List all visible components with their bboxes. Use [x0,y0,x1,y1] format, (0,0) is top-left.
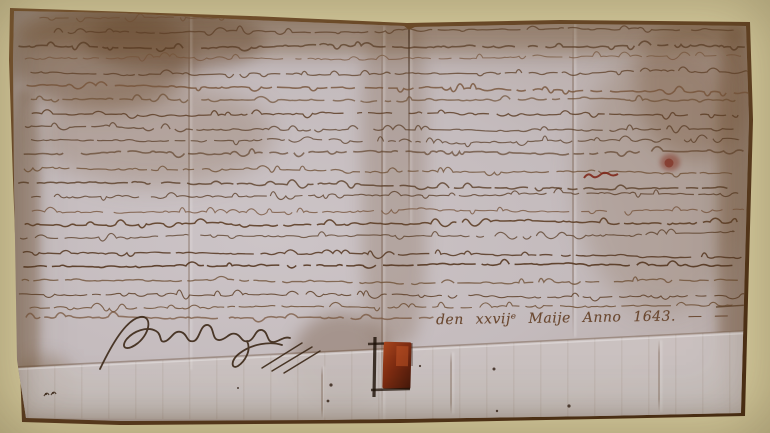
margin-marks [44,392,56,396]
handwriting-line [32,207,744,215]
handwriting-line [27,82,748,96]
handwriting-line [20,229,734,241]
handwriting-line [25,218,737,228]
signature-flourish [262,343,320,373]
wax-seal [368,337,412,397]
handwriting-line [23,250,748,259]
handwriting-lines [18,12,748,322]
handwriting-line [31,94,735,102]
handwriting-line [23,259,738,268]
ink-speck [237,387,239,389]
ink-speck [419,365,421,367]
handwriting-line [54,26,733,35]
handwriting-line [19,290,747,301]
handwriting-line [19,41,745,51]
signature [100,317,320,373]
ink-specks [45,365,571,412]
seal-slit-left [374,337,375,397]
handwriting-line [25,52,741,61]
handwriting-line [22,276,742,284]
handwriting-line [26,312,433,322]
red-ink-word [584,173,618,178]
photograph-of-manuscript: den xxvijᵉ Maije Anno 1643. — — [0,0,770,433]
handwriting-line [18,180,733,191]
ink-speck [567,404,570,407]
handwriting-line [31,188,745,200]
handwriting-line [31,67,747,78]
handwriting-line [31,135,739,147]
wax-seal-highlight [396,346,409,366]
ink-layer [0,0,770,433]
seal-slit-top [368,344,384,345]
ink-speck [329,383,332,386]
horizontal-crease-highlight [15,334,745,370]
handwriting-line [32,110,738,119]
red-stain-spot [665,159,674,168]
ink-speck [493,368,496,371]
horizontal-crease [15,331,745,367]
seal-slit-bottom [371,389,410,390]
ink-speck [496,410,498,412]
handwriting-line [24,166,738,177]
ink-speck [327,400,330,403]
handwriting-line [24,147,744,158]
handwriting-line [25,123,733,133]
